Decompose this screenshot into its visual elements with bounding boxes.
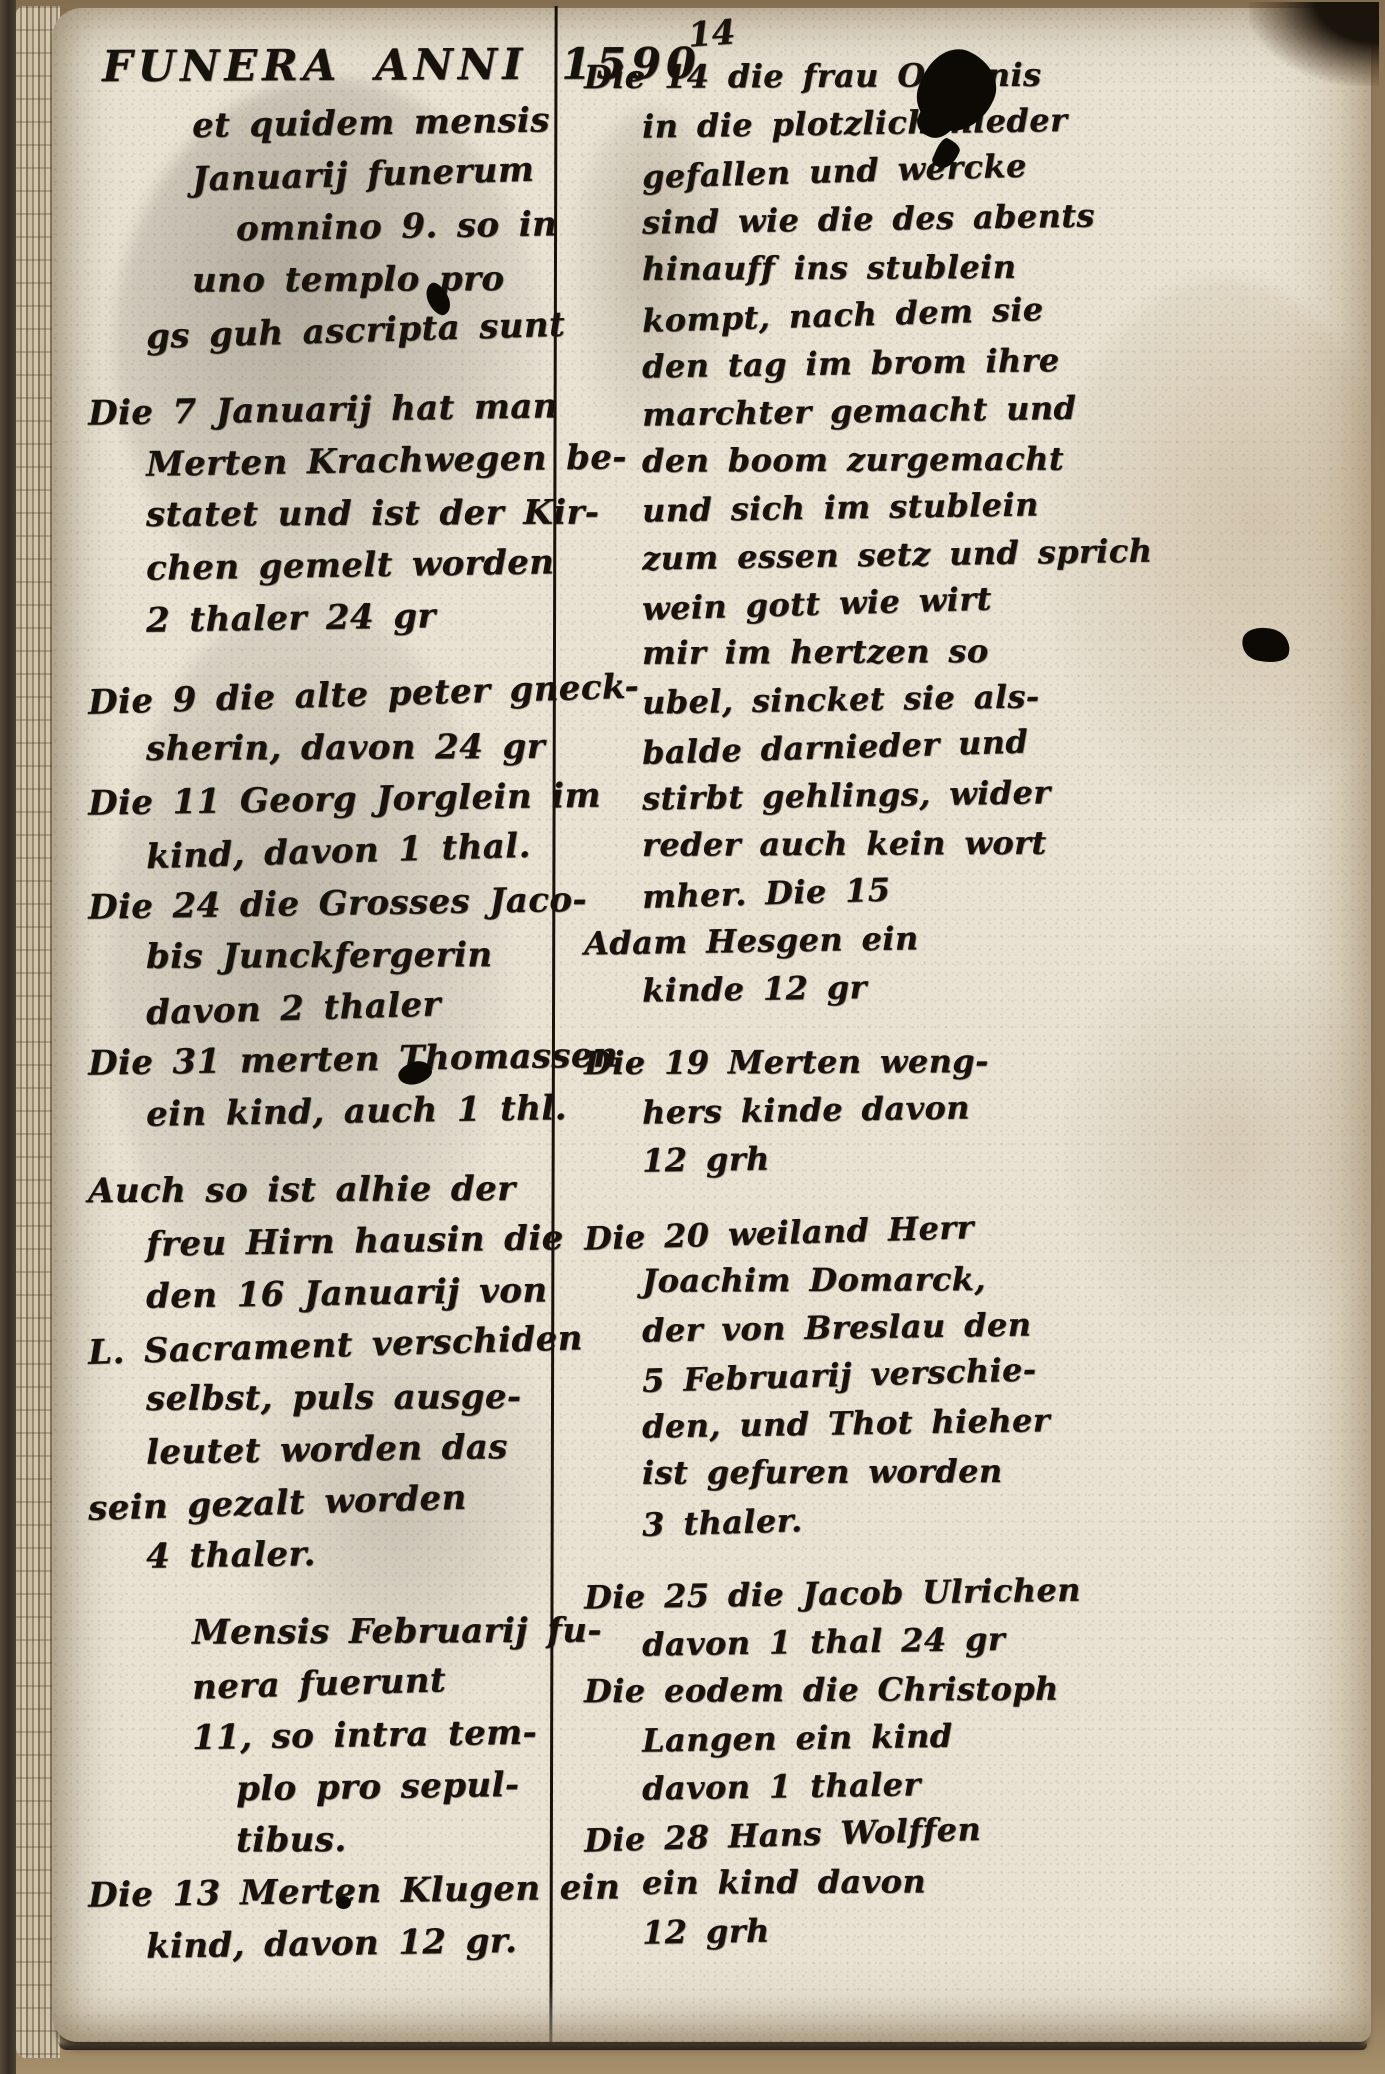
manuscript-line: den tag im brom ihre	[584, 336, 1033, 391]
manuscript-line: selbst, puls ausge-	[88, 1371, 550, 1425]
ink-blot	[336, 1896, 351, 1909]
manuscript-line: ein kind, auch 1 thl.	[88, 1082, 551, 1141]
manuscript-line: wein gott wie wirt	[583, 573, 1032, 634]
manuscript-line: uno templo pro	[88, 253, 550, 307]
manuscript-line: ist gefuren worden	[584, 1447, 1032, 1497]
manuscript-line: omnino 9. so in	[88, 198, 551, 257]
manuscript-line: L. Sacrament verschiden	[87, 1313, 550, 1379]
manuscript-photo: 14 FUNERA ANNI 1590et quidem mensisJanua…	[0, 0, 1385, 2074]
manuscript-line: FUNERA ANNI 1590	[88, 33, 550, 99]
left-column: FUNERA ANNI 1590et quidem mensisJanuarij…	[88, 34, 550, 1970]
manuscript-line: Die eodem die Christoph	[584, 1665, 1032, 1715]
manuscript-line: stirbt gehlings, wider	[584, 768, 1033, 823]
manuscript-line: Die 20 weiland Herr	[583, 1201, 1032, 1262]
manuscript-line: ein kind davon	[584, 1857, 1032, 1907]
manuscript-line: 12 grh	[584, 1902, 1033, 1957]
manuscript-line: Die 13 Merten Klugen ein	[88, 1862, 551, 1921]
manuscript-line: 2 thaler 24 gr	[88, 588, 551, 647]
manuscript-line: mir im hertzen so	[584, 627, 1032, 677]
right-column: Die 14 die frau Organisin die plotzlich …	[584, 52, 1032, 1954]
manuscript-line: Die 25 die Jacob Ulrichen	[584, 1566, 1033, 1621]
manuscript-line: Die 7 Januarij hat man	[88, 380, 551, 439]
manuscript-line: Merten Krachwegen be-	[88, 432, 551, 491]
paper-stain	[1062, 938, 1372, 1358]
manuscript-line: reder auch kein wort	[584, 819, 1032, 869]
manuscript-line: den boom zurgemacht	[584, 435, 1032, 485]
manuscript-line: freu Hirn hausin die	[88, 1212, 551, 1271]
manuscript-line: Die 28 Hans Wolffen	[583, 1803, 1032, 1864]
manuscript-line: statet und ist der Kir-	[88, 487, 550, 541]
manuscript-line: Joachim Domarck,	[584, 1255, 1032, 1305]
manuscript-line: sind wie die des abents	[584, 192, 1033, 247]
manuscript-line: 12 grh	[584, 1130, 1033, 1185]
manuscript-line: Mensis Februarij fu-	[88, 1605, 550, 1659]
manuscript-line: 11, so intra tem-	[88, 1706, 551, 1765]
manuscript-line: kinde 12 gr	[584, 960, 1033, 1015]
manuscript-line: Auch so ist alhie der	[88, 1163, 550, 1217]
manuscript-line: hinauff ins stublein	[584, 243, 1032, 293]
manuscript-line: marchter gemacht und	[584, 384, 1033, 439]
manuscript-line: bis Junckfergerin	[88, 929, 550, 983]
manuscript-line: gs guh ascripta sunt	[87, 299, 550, 365]
manuscript-line: kind, davon 12 gr.	[88, 1914, 551, 1973]
manuscript-line: und sich im stublein	[584, 480, 1033, 535]
manuscript-line: Die 31 merten Thomassen	[88, 1030, 551, 1089]
manuscript-line: den, und Thot hieher	[584, 1396, 1033, 1451]
manuscript-line: 3 thaler.	[583, 1489, 1032, 1550]
manuscript-line: tibus.	[88, 1813, 550, 1867]
manuscript-line: hers kinde davon	[584, 1082, 1033, 1137]
manuscript-line: Die 19 Merten weng-	[584, 1037, 1032, 1087]
manuscript-line: Die 24 die Grosses Jaco-	[88, 874, 551, 933]
manuscript-line: 4 thaler.	[88, 1524, 551, 1583]
page-block-bottom-edge	[58, 2041, 1367, 2050]
manuscript-line: Langen ein kind	[584, 1710, 1033, 1765]
manuscript-line: Die 9 die alte peter gneck-	[87, 663, 550, 729]
book-spine-edge	[0, 0, 16, 2074]
manuscript-line: plo pro sepul-	[88, 1758, 551, 1817]
manuscript-line: sherin, davon 24 gr	[88, 721, 550, 775]
manuscript-line: Adam Hesgen ein	[584, 912, 1033, 967]
manuscript-line: davon 1 thal 24 gr	[584, 1614, 1033, 1669]
manuscript-line: chen gemelt worden	[88, 536, 551, 595]
